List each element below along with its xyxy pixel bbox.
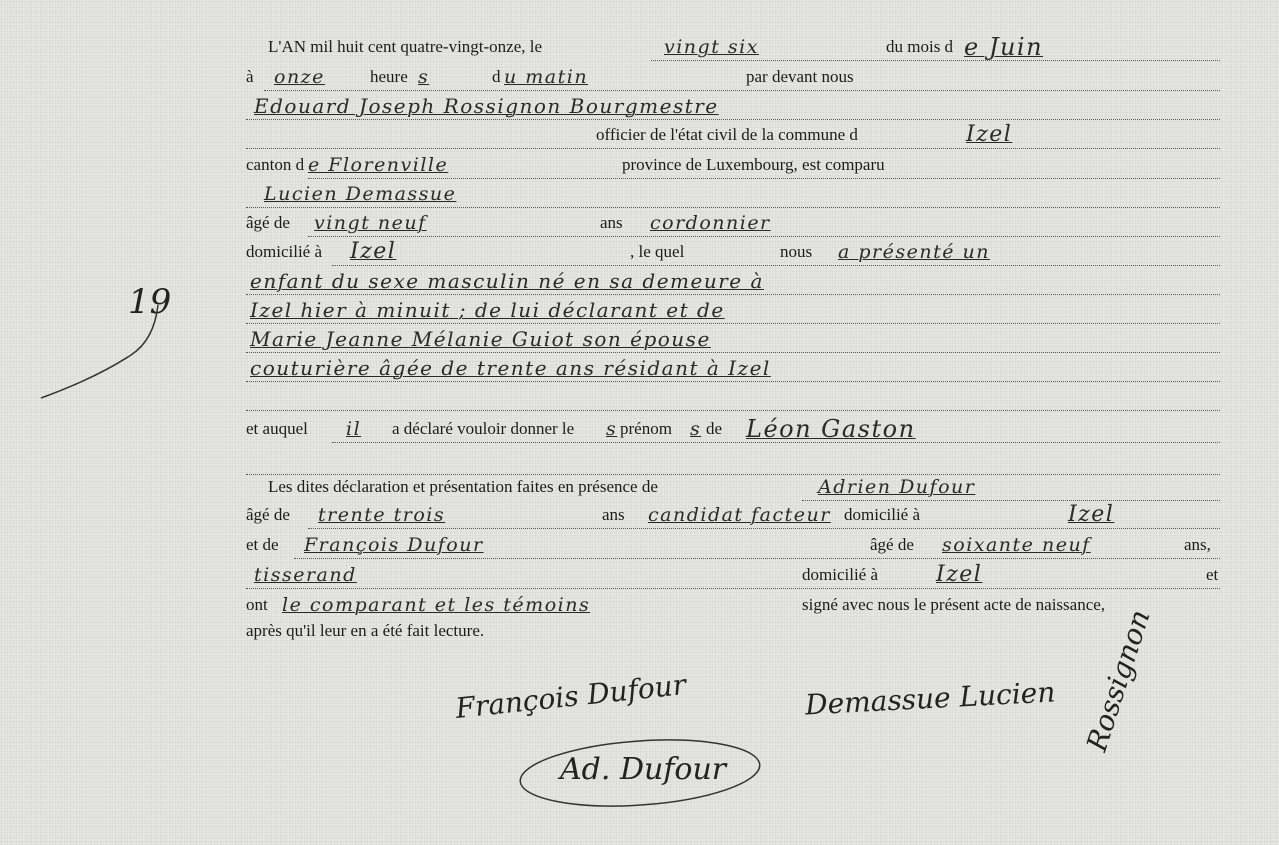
printed-a: à [246, 64, 254, 90]
printed-le-quel: , le quel [630, 239, 684, 265]
printed-ans: ans [600, 210, 623, 236]
printed-witness-intro: Les dites déclaration et présentation fa… [268, 474, 658, 500]
printed-de: de [706, 416, 722, 442]
handwritten-occupation: cordonnier [650, 210, 771, 236]
printed-age-de-3: âgé de [870, 532, 914, 558]
printed-et-auquel: et auquel [246, 416, 308, 442]
handwritten-body-1: enfant du sexe masculin né en sa demeure… [250, 268, 764, 294]
birth-record-page: 19 L'AN mil huit cent quatre-vingt-onze,… [0, 0, 1279, 845]
record-line-reading: après qu'il leur en a été fait lecture. [246, 622, 1220, 648]
signature-flourish-oval [512, 725, 767, 815]
handwritten-signatories: le comparant et les témoins [282, 592, 590, 618]
printed-heure: heure [370, 64, 408, 90]
handwritten-officer-name: Edouard Joseph Rossignon Bourgmestre [254, 93, 719, 119]
handwritten-month: e Juin [964, 34, 1043, 60]
handwritten-mother-name: Marie Jeanne Mélanie Guiot son épouse [250, 326, 711, 352]
signature-francois-dufour: François Dufour [454, 668, 688, 725]
handwritten-witness-1-name: Adrien Dufour [818, 474, 975, 500]
handwritten-witness-1-occupation: candidat facteur [648, 502, 831, 528]
handwritten-morning: u matin [504, 64, 588, 90]
printed-officer-commune: officier de l'état civil de la commune d [596, 122, 858, 148]
record-line-body-1: enfant du sexe masculin né en sa demeure… [246, 272, 1220, 298]
printed-domicilie: domicilié à [246, 239, 322, 265]
handwritten-plural-s-prenom: s [690, 416, 701, 442]
handwritten-child-names: Léon Gaston [746, 416, 916, 442]
handwritten-witness-1-domicile: Izel [1068, 502, 1114, 528]
printed-domicilie-2: domicilié à [844, 502, 920, 528]
record-line-blank-1 [246, 388, 1220, 414]
handwritten-presented: a présenté un [838, 239, 990, 265]
printed-canton: canton d [246, 152, 304, 178]
margin-pen-stroke [36, 300, 166, 400]
record-line-canton: canton d e Florenville province de Luxem… [246, 156, 1220, 182]
handwritten-mother-details: couturière âgée de trente ans résidant à… [250, 355, 771, 381]
record-line-domicile: domicilié à Izel , le quel nous a présen… [246, 243, 1220, 269]
record-line-body-4: couturière âgée de trente ans résidant à… [246, 359, 1220, 385]
record-line-witness-1-details: âgé de trente trois ans candidat facteur… [246, 506, 1220, 532]
printed-et-de: et de [246, 532, 279, 558]
handwritten-plural-s-le: s [606, 416, 617, 442]
handwritten-canton: e Florenville [308, 152, 448, 178]
printed-ont: ont [246, 592, 268, 618]
printed-d: d [492, 64, 501, 90]
record-line-witness-1: Les dites déclaration et présentation fa… [246, 478, 1220, 504]
printed-month-label: du mois d [886, 34, 953, 60]
record-line-officer-name: Edouard Joseph Rossignon Bourgmestre [246, 97, 1220, 123]
record-line-declarant-age: âgé de vingt neuf ans cordonnier [246, 214, 1220, 240]
record-line-body-3: Marie Jeanne Mélanie Guiot son épouse [246, 330, 1220, 356]
record-line-time: à onze heure s d u matin par devant nous [246, 68, 1220, 94]
printed-nous: nous [780, 239, 812, 265]
signature-demassue-lucien: Demassue Lucien [804, 675, 1056, 721]
printed-domicilie-3: domicilié à [802, 562, 878, 588]
handwritten-witness-2-age: soixante neuf [942, 532, 1091, 558]
printed-ans-2: ans [602, 502, 625, 528]
printed-province: province de Luxembourg, est comparu [622, 152, 885, 178]
handwritten-declarant-age: vingt neuf [314, 210, 427, 236]
record-line-body-2: Izel hier à minuit ; de lui déclarant et… [246, 301, 1220, 327]
record-line-given-names: et auquel il a déclaré vouloir donner le… [246, 420, 1220, 446]
record-line-commune: officier de l'état civil de la commune d… [246, 126, 1220, 152]
printed-lecture: après qu'il leur en a été fait lecture. [246, 618, 484, 644]
handwritten-witness-2-name: François Dufour [304, 532, 484, 558]
printed-ans-3: ans, [1184, 532, 1211, 558]
printed-age-de: âgé de [246, 210, 290, 236]
printed-declare-vouloir: a déclaré vouloir donner le [392, 416, 574, 442]
record-line-declarant: Lucien Demassue [246, 185, 1220, 211]
handwritten-witness-2-domicile: Izel [936, 562, 982, 588]
handwritten-commune: Izel [966, 122, 1012, 148]
handwritten-hour: onze [274, 64, 325, 90]
record-line-witness-2: et de François Dufour âgé de soixante ne… [246, 536, 1220, 562]
handwritten-witness-2-occupation: tisserand [254, 562, 357, 588]
record-line-date: L'AN mil huit cent quatre-vingt-onze, le… [246, 38, 1220, 64]
printed-et: et [1206, 562, 1218, 588]
printed-age-de-2: âgé de [246, 502, 290, 528]
handwritten-il: il [346, 416, 361, 442]
printed-signe-avec-nous: signé avec nous le présent acte de naiss… [802, 592, 1105, 618]
handwritten-day: vingt six [664, 34, 759, 60]
printed-year-text: L'AN mil huit cent quatre-vingt-onze, le [268, 34, 542, 60]
printed-par-devant-nous: par devant nous [746, 64, 854, 90]
handwritten-plural-s: s [418, 64, 429, 90]
handwritten-declarant-name: Lucien Demassue [264, 181, 456, 207]
printed-prenom: prénom [620, 416, 672, 442]
handwritten-domicile: Izel [350, 239, 396, 265]
record-line-witness-2-details: tisserand domicilié à Izel et [246, 566, 1220, 592]
handwritten-body-2: Izel hier à minuit ; de lui déclarant et… [250, 297, 725, 323]
handwritten-witness-1-age: trente trois [318, 502, 445, 528]
